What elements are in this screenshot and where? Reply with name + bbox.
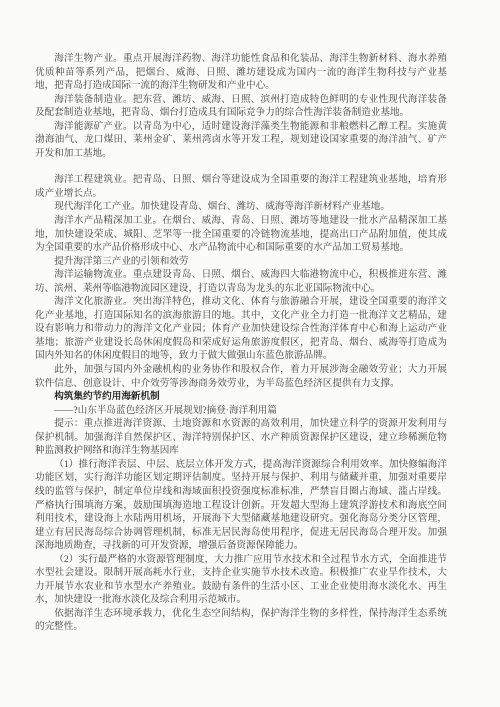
paragraph-marine-finance-services: 此外，加强与国内外金融机构的业务协作和股权合作，着力开展涉海金融效劳业；大力开展… [35, 363, 447, 390]
paragraph-tertiary-industry-lead: 提升海洋第三产业的引领和效劳 [35, 255, 447, 269]
document-page: 海洋生物产业。重点开展海洋药物、海洋功能性食品和化装品、海洋生物新材料、海水养殖… [0, 0, 500, 707]
paragraph-marine-culture-tourism: 海洋文化旅游业。突出海洋特色，推动文化、体育与旅游融合开展，建设全国重要的海洋文… [35, 295, 447, 363]
paragraph-marine-chemical: 现代海洋化工产业。加快建设青岛、烟台、潍坊、威海等海洋新材料产业基地。 [35, 200, 447, 214]
paragraph-aquatic-processing: 海洋水产品精深加工业。在烟台、威海、青岛、日照、潍坊等地建设一批水产品精深加工基… [35, 214, 447, 255]
section-heading-sea-use-mechanism: 构筑集约节约用海新机制 [35, 390, 447, 404]
document-text-block: 海洋生物产业。重点开展海洋药物、海洋功能性食品和化装品、海洋生物新材料、海水养殖… [35, 52, 447, 634]
paragraph-marine-energy-mining: 海洋能源矿产业。以青岛为中心，适时建设海洋藻类生物能源和非粮燃料乙醇工程。实施黄… [35, 120, 447, 161]
paragraph-marine-engineering: 海洋工程建筑业。把青岛、日照、烟台等建设成为全国重要的海洋工程建筑业基地，培育形… [35, 173, 447, 200]
paragraph-marine-bio-industry: 海洋生物产业。重点开展海洋药物、海洋功能性食品和化装品、海洋生物新材料、海水养殖… [35, 52, 447, 93]
paragraph-tip-resources: 提示：重点推进海洋资源、土地资源和水资源的高效利用，加快建立科学的资源开发利用与… [35, 417, 447, 458]
paragraph-marine-logistics: 海洋运输物流业。重点建设青岛、日照、烟台、威海四大临港物流中心，积极推进东营、潍… [35, 268, 447, 295]
paragraph-marine-equipment: 海洋装备制造业。把东营、潍坊、威海、日照、滨州打造成特色鲜明的专业性现代海洋装备… [35, 93, 447, 120]
paragraph-marine-ecology: 依据海洋生态环境承载力，优化生态空间结构，保护海洋生物的多样性，保持海洋生态系统… [35, 607, 447, 634]
paragraph-source-line: ——?山东半岛蓝色经济区开展规划?摘登·海洋利用篇 [35, 404, 447, 418]
paragraph-item-1-sea-development: （1）推行海洋表层、中层、底层立体开发方式，提高海洋资源综合利用效率。加快修编海… [35, 458, 447, 553]
paragraph-item-2-water-resources: （2）实行最严格的水资源管理制度，大力推广应用节水技术和全过程节水方式，全面推进… [35, 553, 447, 607]
